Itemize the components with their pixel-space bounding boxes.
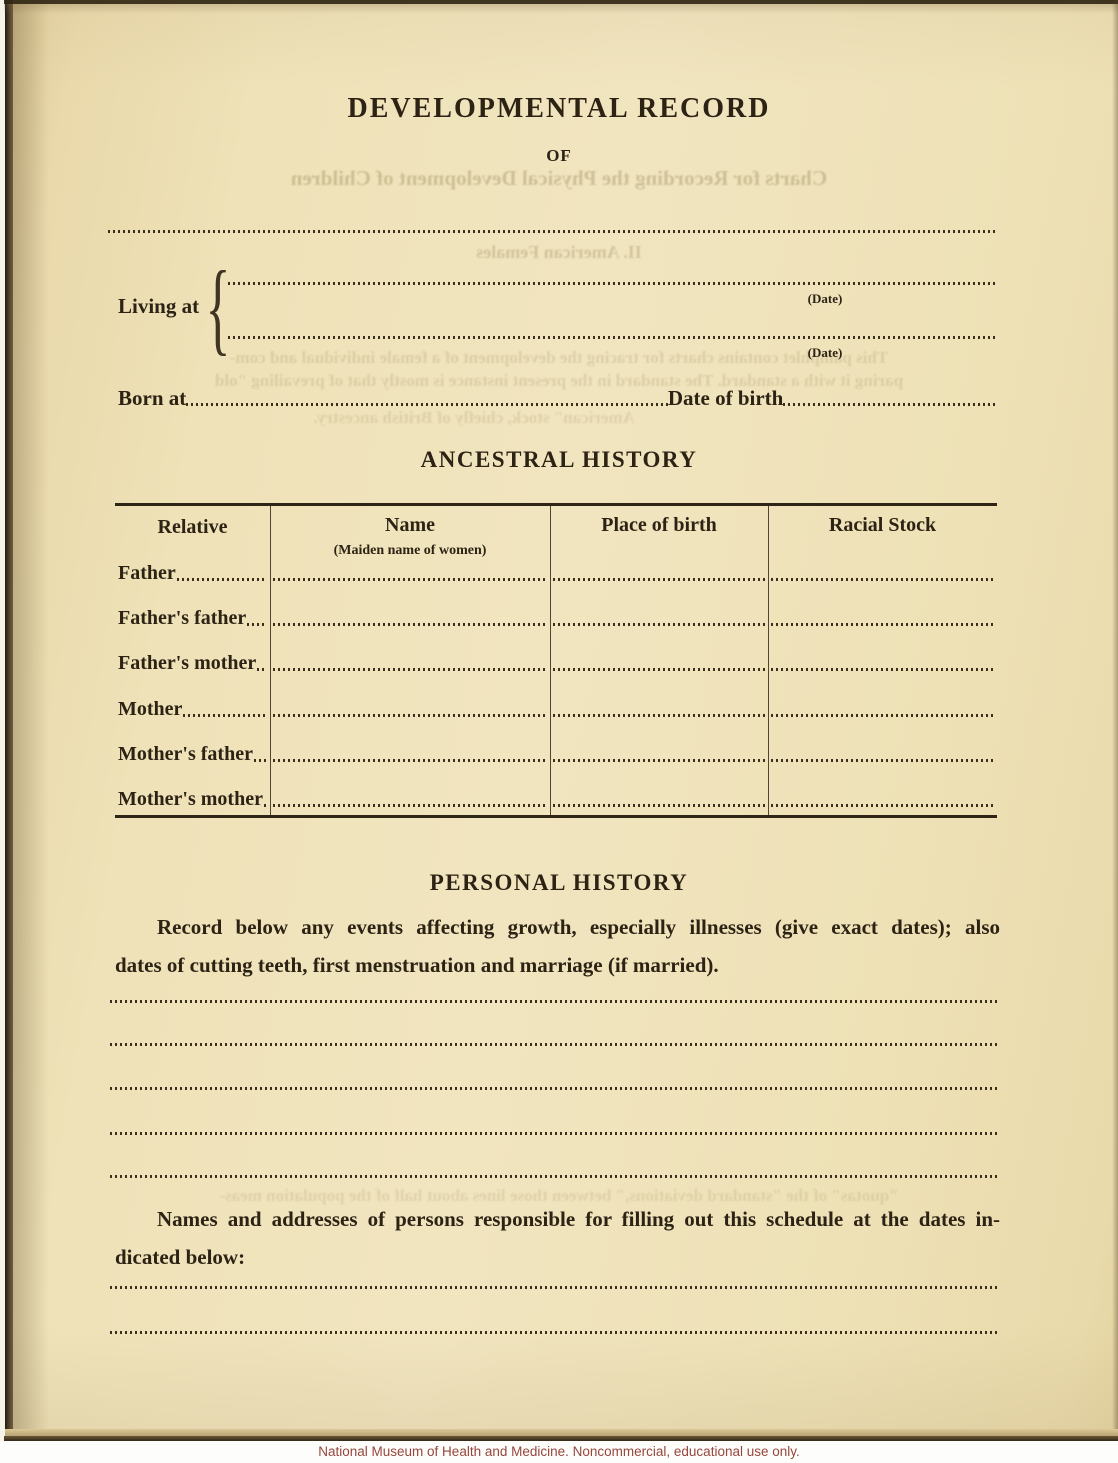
- page-edge-right-shadow: [1112, 0, 1118, 1441]
- date-note-1: (Date): [765, 291, 885, 307]
- responsible-note-line: Names and addresses of persons responsib…: [115, 1200, 1000, 1238]
- date-note-2: (Date): [765, 345, 885, 361]
- of-label: OF: [0, 146, 1118, 166]
- row-label: Mother: [118, 697, 182, 721]
- racial-stock-cell: [768, 604, 997, 630]
- binding-shadow: [13, 0, 49, 1441]
- table-row-fathers-mother: Father's mother: [115, 649, 997, 675]
- field-line: [264, 804, 267, 807]
- racial-stock-cell: [768, 785, 997, 811]
- footer-credit: National Museum of Health and Medicine. …: [318, 1444, 800, 1459]
- name-cell: [270, 559, 550, 585]
- instructions-line: Record below any events affecting growth…: [115, 908, 1000, 946]
- born-at-field-line: [186, 403, 668, 406]
- relative-cell: Mother's father: [115, 740, 270, 766]
- responsible-persons-line-1: [110, 1286, 1000, 1289]
- born-at-label: Born at: [118, 386, 186, 410]
- name-cell: [270, 785, 550, 811]
- ancestral-history-heading: ANCESTRAL HISTORY: [0, 447, 1118, 473]
- name-field-line: [108, 230, 998, 233]
- binding-edge: [5, 0, 13, 1441]
- field-line: [247, 623, 267, 626]
- field-line: [553, 668, 765, 671]
- field-line: [257, 668, 267, 671]
- responsible-note-line: dicated below:: [115, 1238, 1000, 1276]
- page-edge-top-shadow: [4, 4, 1118, 14]
- date-of-birth-label: Date of birth: [668, 386, 783, 410]
- row-label: Father: [118, 561, 176, 585]
- place-of-birth-cell: [550, 649, 768, 675]
- row-label: Mother's father: [118, 742, 253, 766]
- place-of-birth-cell: [550, 785, 768, 811]
- page-title: DEVELOPMENTAL RECORD: [0, 93, 1118, 125]
- row-label: Mother's mother: [118, 787, 263, 811]
- row-label: Father's mother: [118, 651, 256, 675]
- relative-cell: Father's mother: [115, 649, 270, 675]
- relative-cell: Mother: [115, 695, 270, 721]
- living-at-label: Living at: [118, 294, 199, 319]
- relative-cell: Father's father: [115, 604, 270, 630]
- field-line: [254, 759, 267, 762]
- field-line: [771, 804, 994, 807]
- field-line: [771, 759, 994, 762]
- table-row-father: Father: [115, 559, 997, 585]
- column-header-relative: Relative: [115, 516, 270, 539]
- place-of-birth-cell: [550, 604, 768, 630]
- racial-stock-cell: [768, 649, 997, 675]
- place-of-birth-cell: [550, 740, 768, 766]
- residence-field-line-1: [228, 282, 998, 285]
- racial-stock-cell: [768, 740, 997, 766]
- field-line: [771, 578, 994, 581]
- field-line: [553, 714, 765, 717]
- page-edge-bottom-band: [5, 1429, 1118, 1436]
- place-of-birth-cell: [550, 695, 768, 721]
- table-row-mother: Mother: [115, 695, 997, 721]
- maiden-name-note: (Maiden name of women): [270, 543, 550, 559]
- column-header-racial-stock: Racial Stock: [768, 514, 997, 537]
- table-row-fathers-father: Father's father: [115, 604, 997, 630]
- name-cell: [270, 695, 550, 721]
- relative-cell: Father: [115, 559, 270, 585]
- personal-history-line-1: [110, 1000, 1000, 1003]
- field-line: [771, 623, 994, 626]
- field-line: [553, 804, 765, 807]
- racial-stock-cell: [768, 695, 997, 721]
- date-of-birth-field-line: [783, 403, 998, 406]
- brace-icon: {: [205, 258, 230, 358]
- column-header-name: Name: [270, 514, 550, 537]
- personal-history-line-2: [110, 1043, 1000, 1046]
- field-line: [177, 578, 267, 581]
- field-line: [771, 668, 994, 671]
- field-line: [273, 623, 547, 626]
- row-label: Father's father: [118, 606, 246, 630]
- field-line: [273, 668, 547, 671]
- table-row-mothers-father: Mother's father: [115, 740, 997, 766]
- field-line: [273, 759, 547, 762]
- personal-history-line-3: [110, 1087, 1000, 1090]
- field-line: [183, 714, 267, 717]
- name-cell: [270, 649, 550, 675]
- name-cell: [270, 740, 550, 766]
- table-row-mothers-mother: Mother's mother: [115, 785, 997, 811]
- born-at-row: Born at Date of birth: [118, 384, 998, 410]
- racial-stock-cell: [768, 559, 997, 585]
- place-of-birth-cell: [550, 559, 768, 585]
- relative-cell: Mother's mother: [115, 785, 270, 811]
- field-line: [553, 759, 765, 762]
- field-line: [273, 804, 547, 807]
- personal-history-line-5: [110, 1175, 1000, 1178]
- residence-field-line-2: [228, 336, 998, 339]
- ancestral-table: Relative Name (Maiden name of women) Pla…: [115, 503, 997, 818]
- instructions-line: dates of cutting teeth, first menstruati…: [115, 946, 1000, 984]
- personal-history-instructions: Record below any events affecting growth…: [115, 908, 1000, 984]
- footer-strip: National Museum of Health and Medicine. …: [0, 1441, 1118, 1463]
- name-cell: [270, 604, 550, 630]
- responsible-persons-note: Names and addresses of persons responsib…: [115, 1200, 1000, 1276]
- field-line: [273, 714, 547, 717]
- personal-history-heading: PERSONAL HISTORY: [0, 870, 1118, 896]
- personal-history-line-4: [110, 1132, 1000, 1135]
- field-line: [771, 714, 994, 717]
- field-line: [553, 578, 765, 581]
- column-header-place-of-birth: Place of birth: [550, 514, 768, 537]
- field-line: [553, 623, 765, 626]
- field-line: [273, 578, 547, 581]
- responsible-persons-line-2: [110, 1331, 1000, 1334]
